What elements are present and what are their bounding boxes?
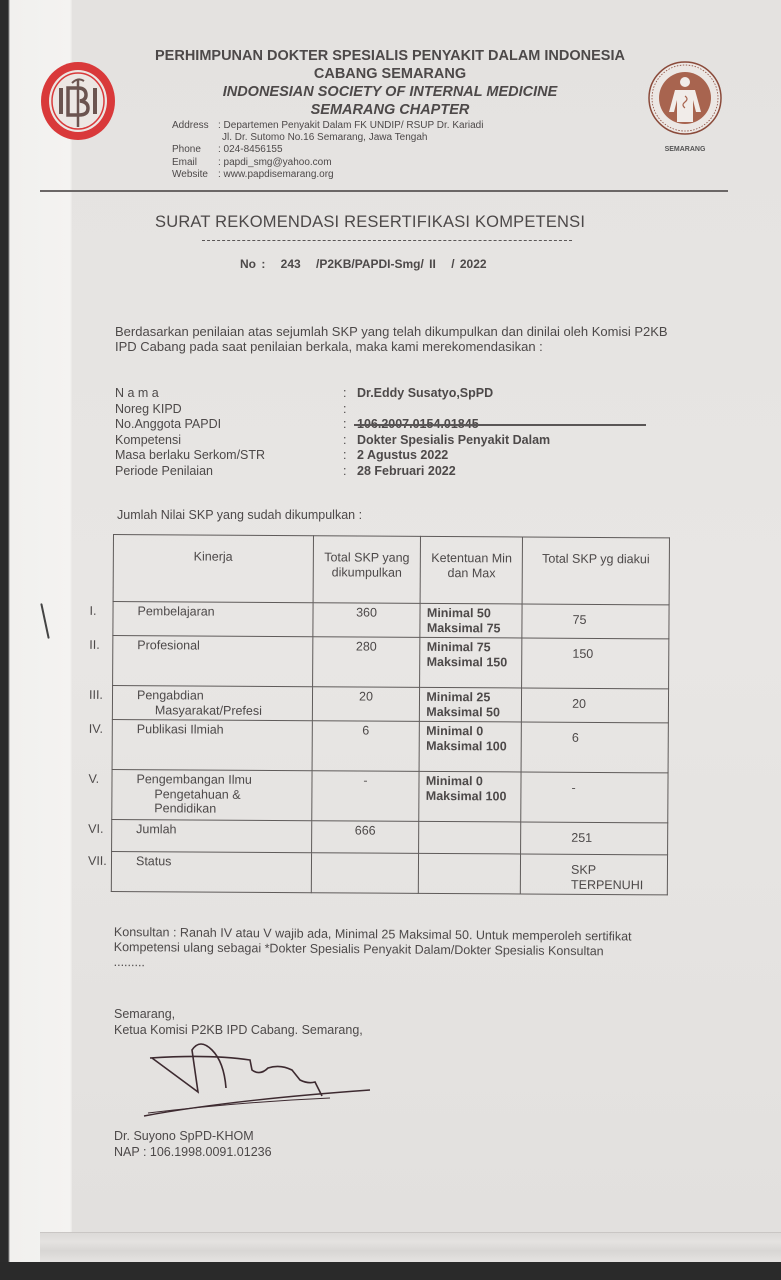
cell-diakui: 20 xyxy=(521,688,668,723)
number-value: 243 xyxy=(281,257,301,271)
address-line2: Jl. Dr. Sutomo No.16 Semarang, Jawa Teng… xyxy=(222,132,427,144)
kinerja-label: Pengembangan Ilmu Pengetahuan & Pendidik… xyxy=(136,772,251,815)
cell-kinerja: II.Profesional xyxy=(113,636,313,687)
header-diakui: Total SKP yg diakui xyxy=(522,537,669,605)
number-label: No : xyxy=(240,257,265,271)
table-header-row: Kinerja Total SKP yang dikumpulkan Keten… xyxy=(113,535,669,605)
cell-kinerja: VI.Jumlah xyxy=(112,819,312,852)
cell-diakui: 150 xyxy=(522,638,669,689)
cell-total xyxy=(311,853,419,894)
intro-paragraph: Berdasarkan penilaian atas sejumlah SKP … xyxy=(115,324,675,354)
contact-info: Address: Departemen Penyakit Dalam FK UN… xyxy=(172,120,483,181)
cell-kinerja: IV.Publikasi Ilmiah xyxy=(112,719,312,770)
kinerja-label: Publikasi Ilmiah xyxy=(137,722,224,737)
table-row: I.Pembelajaran360Minimal 50 Maksimal 757… xyxy=(113,602,669,639)
cell-ketentuan: Minimal 50 Maksimal 75 xyxy=(420,603,522,638)
letterhead-divider xyxy=(40,190,728,192)
cell-total: 666 xyxy=(311,821,419,854)
header-ketentuan: Ketentuan Min dan Max xyxy=(420,536,522,604)
kinerja-label: Status xyxy=(136,854,172,868)
cell-total: 20 xyxy=(312,687,420,722)
org-name-id: PERHIMPUNAN DOKTER SPESIALIS PENYAKIT DA… xyxy=(140,47,640,65)
cell-ketentuan: Minimal 0 Maksimal 100 xyxy=(419,771,521,822)
field-row-nama: N a m a:Dr.Eddy Susatyo,SpPD xyxy=(115,386,550,402)
website-value: : www.papdisemarang.org xyxy=(218,169,334,181)
email-value: : papdi_smg@yahoo.com xyxy=(218,157,332,169)
cell-kinerja: VII.Status xyxy=(111,851,311,892)
org-name-en: INDONESIAN SOCIETY OF INTERNAL MEDICINE xyxy=(140,83,640,101)
papdi-seal-icon: SEMARANG xyxy=(642,58,728,158)
field-row-kompetensi: Kompetensi:Dokter Spesialis Penyakit Dal… xyxy=(115,433,550,449)
header-total: Total SKP yang dikumpulkan xyxy=(313,536,421,604)
closing-position: Ketua Komisi P2KB IPD Cabang. Semarang, xyxy=(114,1022,363,1038)
kinerja-label: Profesional xyxy=(137,638,200,652)
cell-kinerja: III.Pengabdian Masyarakat/Prefesi xyxy=(112,686,312,721)
signer-block: Dr. Suyono SpPD-KHOM NAP : 106.1998.0091… xyxy=(114,1128,272,1160)
address-label: Address xyxy=(172,120,218,132)
header-kinerja: Kinerja xyxy=(113,535,313,603)
row-number: V. xyxy=(112,772,136,787)
kinerja-label: Pembelajaran xyxy=(137,604,214,618)
signer-name: Dr. Suyono SpPD-KHOM xyxy=(114,1128,272,1144)
cell-kinerja: V.Pengembangan Ilmu Pengetahuan & Pendid… xyxy=(112,769,312,820)
letterhead: PERHIMPUNAN DOKTER SPESIALIS PENYAKIT DA… xyxy=(140,47,640,119)
row-number: VI. xyxy=(112,822,136,837)
cell-ketentuan xyxy=(419,853,521,894)
number-year: / 2022 xyxy=(451,257,486,271)
phone-value: : 024-8456155 xyxy=(218,144,283,156)
cell-ketentuan xyxy=(419,821,521,854)
field-row-periode: Periode Penilaian:28 Februari 2022 xyxy=(115,464,550,480)
table-row: III.Pengabdian Masyarakat/Prefesi20Minim… xyxy=(112,686,668,723)
cell-diakui: SKP TERPENUHI xyxy=(520,854,667,895)
number-suffix: /P2KB/PAPDI-Smg/ II xyxy=(316,257,436,271)
row-number: VII. xyxy=(112,854,136,869)
cell-diakui: 251 xyxy=(521,822,668,855)
noreg-blank-line xyxy=(354,424,646,426)
closing-place: Semarang, xyxy=(114,1006,363,1022)
branch-id: CABANG SEMARANG xyxy=(140,65,640,83)
cell-total: 280 xyxy=(312,637,420,688)
branch-en: SEMARANG CHAPTER xyxy=(140,101,640,119)
email-label: Email xyxy=(172,157,218,169)
cell-kinerja: I.Pembelajaran xyxy=(113,602,313,637)
cell-total: 6 xyxy=(312,721,420,772)
address-line1: : Departemen Penyakit Dalam FK UNDIP/ RS… xyxy=(218,120,483,132)
row-number: III. xyxy=(113,688,137,703)
cell-total: - xyxy=(311,771,419,822)
seal-caption: SEMARANG xyxy=(642,146,728,153)
closing: Semarang, Ketua Komisi P2KB IPD Cabang. … xyxy=(114,1006,363,1038)
title-dashed-divider xyxy=(202,240,572,241)
surface-background xyxy=(0,1262,781,1280)
skp-table: Kinerja Total SKP yang dikumpulkan Keten… xyxy=(111,534,670,895)
table-row: V.Pengembangan Ilmu Pengetahuan & Pendid… xyxy=(112,769,668,822)
cell-total: 360 xyxy=(313,603,421,638)
table-row: II.Profesional280Minimal 75 Maksimal 150… xyxy=(113,636,669,689)
cell-diakui: 6 xyxy=(521,722,668,773)
cell-ketentuan: Minimal 0 Maksimal 100 xyxy=(419,721,521,772)
cell-ketentuan: Minimal 25 Maksimal 50 xyxy=(420,687,522,722)
phone-label: Phone xyxy=(172,144,218,156)
field-row-noreg: Noreg KIPD: xyxy=(115,402,550,418)
table-row: VII.StatusSKP TERPENUHI xyxy=(111,851,667,894)
cell-diakui: - xyxy=(521,772,668,823)
row-number: I. xyxy=(113,604,137,619)
stacked-sheet-edges xyxy=(40,1232,781,1263)
signature xyxy=(140,1040,380,1120)
table-caption: Jumlah Nilai SKP yang sudah dikumpulkan … xyxy=(117,508,362,522)
recipient-fields: N a m a:Dr.Eddy Susatyo,SpPD Noreg KIPD:… xyxy=(115,386,550,479)
kinerja-label: Pengabdian Masyarakat/Prefesi xyxy=(137,688,262,717)
row-number: II. xyxy=(113,638,137,653)
footnote: Konsultan : Ranah IV atau V wajib ada, M… xyxy=(114,925,634,975)
field-row-masa-berlaku: Masa berlaku Serkom/STR:2 Agustus 2022 xyxy=(115,448,550,464)
table-row: IV.Publikasi Ilmiah6Minimal 0 Maksimal 1… xyxy=(112,719,668,772)
ipd-logo-icon xyxy=(40,61,116,141)
website-label: Website xyxy=(172,169,218,181)
row-number: IV. xyxy=(113,722,137,737)
table-row: VI.Jumlah666251 xyxy=(112,819,668,854)
signer-nap: NAP : 106.1998.0091.01236 xyxy=(114,1144,272,1160)
document-title: SURAT REKOMENDASI RESERTIFIKASI KOMPETEN… xyxy=(155,213,585,232)
document-number: No : 243 /P2KB/PAPDI-Smg/ II / 2022 xyxy=(240,257,497,271)
cell-ketentuan: Minimal 75 Maksimal 150 xyxy=(420,637,522,688)
cell-diakui: 75 xyxy=(522,604,669,639)
kinerja-label: Jumlah xyxy=(136,822,176,836)
